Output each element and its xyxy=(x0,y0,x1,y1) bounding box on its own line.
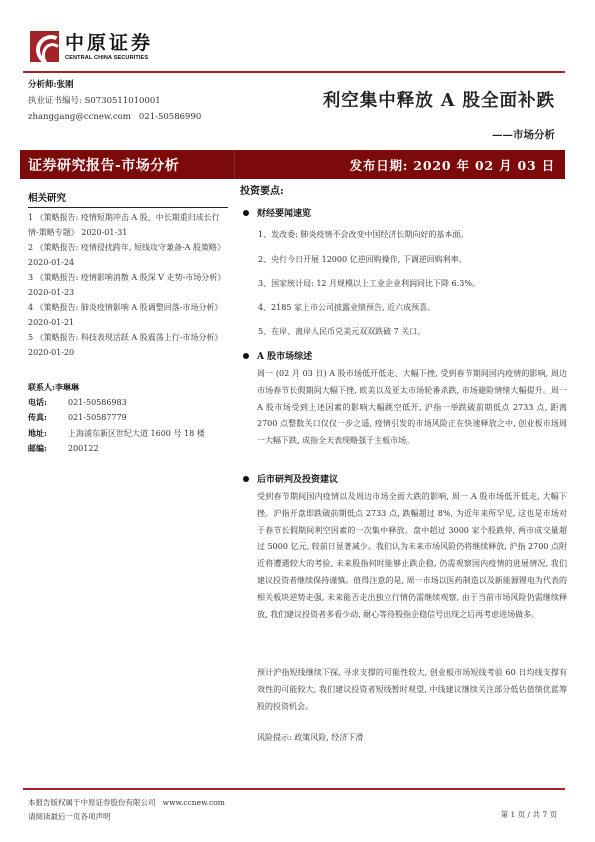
report-subtitle: ——市场分析 xyxy=(492,127,555,142)
phone-value: 021-50586983 xyxy=(68,395,127,410)
investment-highlights-heading: 投资要点: xyxy=(240,182,570,197)
fax-value: 021-50587779 xyxy=(68,410,127,425)
bullet-icon xyxy=(243,476,249,482)
related-research-item[interactable]: 2 《策略报告: 疫情侵扰跨年, 短线攻守兼备-A 股策略》 2020-01-2… xyxy=(28,240,228,270)
report-title: 利空集中释放 A 股全面补跌 xyxy=(323,87,555,112)
contact-info: 联系人: 李琳琳 电话: 021-50586983 传真: 021-505877… xyxy=(28,380,238,456)
bullet-icon xyxy=(243,210,249,216)
logo-mark-icon xyxy=(30,31,59,62)
analyst-contact: zhanggang@ccnew.com 021-50586990 xyxy=(28,109,201,125)
market-review-text: 周一 (02 月 03 日) A 股市场低开低走、大幅下挫, 受到春节期间国内疫… xyxy=(257,366,567,450)
postcode-value: 200122 xyxy=(68,441,99,456)
copyright-text: 本报告版权属于中原证券股份有限公司 www.ccnew.com xyxy=(28,796,225,810)
outlook-paragraph-2: 预计沪指短线继续下探, 寻求支撑的可能性较大, 创业板市场短线考验 60 日均线… xyxy=(257,665,567,715)
analyst-license: 执业证书编号: S0730511010001 xyxy=(28,93,201,109)
publish-date: 发布日期: 2020 年 02 月 03 日 xyxy=(235,150,565,179)
report-banner: 证券研究报告-市场分析 发布日期: 2020 年 02 月 03 日 xyxy=(20,150,565,179)
news-item: 5、在岸、离岸人民币兑美元双双跌破 7 关口。 xyxy=(258,326,425,337)
risk-warning: 风险提示: 政策风险, 经济下滑 xyxy=(257,730,567,747)
page-info: 第 1 页 / 共 7 页 xyxy=(501,809,557,820)
related-research-item[interactable]: 1 《策略报告: 疫情短期冲击 A 股、中长期重归成长行情-策略专题》 2020… xyxy=(28,210,228,240)
news-item: 2、央行今日开展 12000 亿逆回购操作, 下调逆回购利率。 xyxy=(258,254,467,265)
section-review-heading: A 股市场综述 xyxy=(240,349,312,362)
section-news-heading: 财经要闻速览 xyxy=(240,206,311,219)
fax-label: 传真: xyxy=(28,410,68,425)
disclaimer-text: 请阅读最后一页各项声明 xyxy=(28,810,225,824)
analyst-name: 分析师:张刚 xyxy=(28,77,201,93)
postcode-label: 邮编: xyxy=(28,441,68,456)
analyst-info: 分析师:张刚 执业证书编号: S0730511010001 zhanggang@… xyxy=(28,77,201,125)
section-title: 财经要闻速览 xyxy=(257,206,311,219)
section-title: 后市研判及投资建议 xyxy=(257,472,338,485)
report-category: 证券研究报告-市场分析 xyxy=(20,150,235,179)
contact-person-name: 李琳琳 xyxy=(55,380,79,395)
header-divider xyxy=(23,71,565,73)
related-research-item[interactable]: 5 《策略报告: 科技表现活跃 A 股震荡上行-市场分析》 2020-01-20 xyxy=(28,330,228,360)
related-research-title: 相关研究 xyxy=(28,190,228,208)
outlook-paragraph-1: 受到春节期间国内疫情以及周边市场全面大跌的影响, 周一 A 股市场低开低走, 大… xyxy=(257,489,567,623)
address-value: 上海浦东新区世纪大道 1600 号 18 楼 xyxy=(68,426,205,441)
footer-left: 本报告版权属于中原证券股份有限公司 www.ccnew.com 请阅读最后一页各… xyxy=(28,796,225,824)
related-research-item[interactable]: 4 《策略报告: 肺炎疫情影响 A 股调整回落-市场分析》 2020-01-21 xyxy=(28,300,228,330)
news-item: 1、发改委: 肺炎疫情不会改变中国经济长期向好的基本面。 xyxy=(258,229,468,240)
address-label: 地址: xyxy=(28,426,68,441)
contact-person-label: 联系人: xyxy=(28,380,55,395)
section-outlook-heading: 后市研判及投资建议 xyxy=(240,472,338,485)
investment-highlights: 投资要点: xyxy=(240,182,570,197)
logo-chinese-name: 中原证券 xyxy=(65,33,153,53)
logo-english-name: CENTRAL CHINA SECURITIES xyxy=(65,55,153,61)
news-item: 4、2185 家上市公司披露业绩预告, 近六成预喜。 xyxy=(258,302,435,313)
section-title: A 股市场综述 xyxy=(257,349,312,362)
phone-label: 电话: xyxy=(28,395,68,410)
related-research-item[interactable]: 3 《策略报告: 疫情影响消散 A 股深 V 走势-市场分析》 2020-01-… xyxy=(28,270,228,300)
company-logo: 中原证券 CENTRAL CHINA SECURITIES xyxy=(30,31,153,62)
bullet-icon xyxy=(243,353,249,359)
news-item: 3、国家统计局: 12 月规模以上工业企业利润同比下降 6.3%。 xyxy=(258,278,480,289)
footer-divider xyxy=(23,788,565,790)
related-research: 相关研究 1 《策略报告: 疫情短期冲击 A 股、中长期重归成长行情-策略专题》… xyxy=(28,190,228,360)
